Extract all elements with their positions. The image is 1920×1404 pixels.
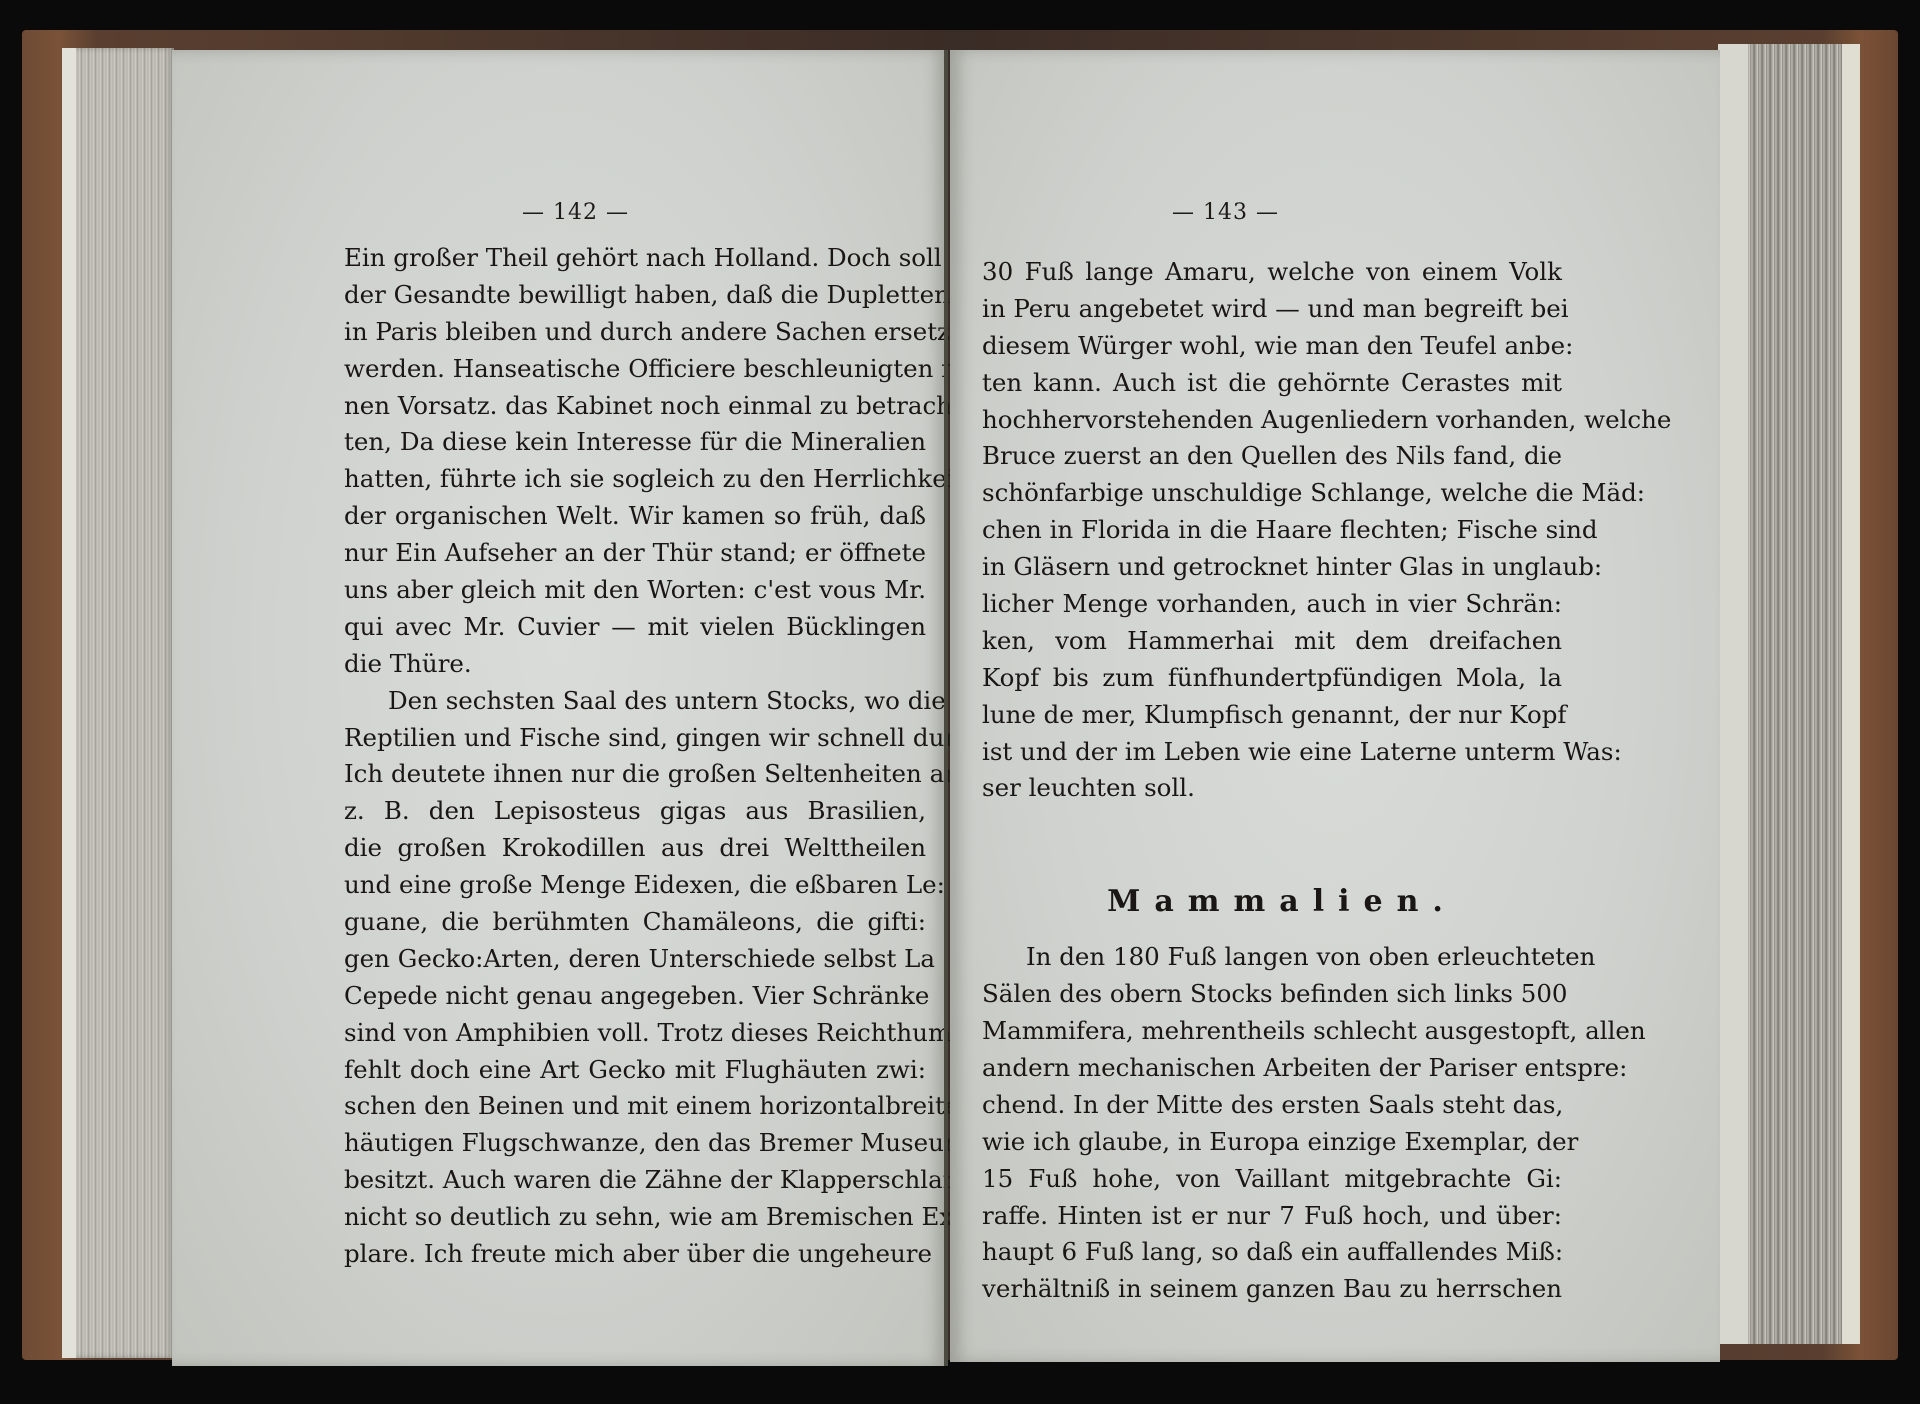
book-gutter [944,50,948,1366]
text-line: Ein großer Theil gehört nach Holland. Do… [344,240,926,277]
text-line: nen Vorsatz. das Kabinet noch einmal zu … [344,388,926,425]
text-line: gen Gecko:Arten, deren Unterschiede selb… [344,941,926,978]
text-line: schen den Beinen und mit einem horizonta… [344,1088,926,1125]
page-edge-inner [1718,44,1748,1344]
text-line: nicht so deutlich zu sehn, wie am Bremis… [344,1199,926,1236]
text-line: Cepede nicht genau angegeben. Vier Schrä… [344,978,926,1015]
left-page-stack-edge [62,48,174,1358]
text-line: chend. In der Mitte des ersten Saals ste… [982,1087,1562,1124]
page-number-143: — 143 — [1172,200,1279,225]
text-line: ken, vom Hammerhai mit dem dreifachen [982,623,1562,660]
text-line: Mammifera, mehrentheils schlecht ausgest… [982,1013,1562,1050]
text-line: nur Ein Aufseher an der Thür stand; er ö… [344,535,926,572]
text-line: Kopf bis zum fünfhundertpfündigen Mola, … [982,660,1562,697]
text-line: andern mechanischen Arbeiten der Pariser… [982,1050,1562,1087]
text-line: Den sechsten Saal des untern Stocks, wo … [344,683,926,720]
text-line: ser leuchten soll. [982,770,1562,807]
text-line: chen in Florida in die Haare flechten; F… [982,512,1562,549]
text-line: häutigen Flugschwanze, den das Bremer Mu… [344,1125,926,1162]
section-gap [982,807,1562,865]
text-line: ten, Da diese kein Interesse für die Min… [344,424,926,461]
text-line: Reptilien und Fische sind, gingen wir sc… [344,720,926,757]
text-line: ten kann. Auch ist die gehörnte Cerastes… [982,365,1562,402]
text-line: die großen Krokodillen aus drei Weltthei… [344,830,926,867]
right-page-body: 30 Fuß lange Amaru, welche von einem Vol… [982,254,1562,1308]
text-line: plare. Ich freute mich aber über die ung… [344,1236,926,1273]
text-line: 30 Fuß lange Amaru, welche von einem Vol… [982,254,1562,291]
text-line: Sälen des obern Stocks befinden sich lin… [982,976,1562,1013]
text-line: 15 Fuß hohe, von Vaillant mitgebrachte G… [982,1161,1562,1198]
text-line: hatten, führte ich sie sogleich zu den H… [344,461,926,498]
text-line: Ich deutete ihnen nur die großen Seltenh… [344,756,926,793]
text-line: die Thüre. [344,646,926,683]
section-heading: Mammalien. [982,865,1562,939]
text-line: fehlt doch eine Art Gecko mit Flughäuten… [344,1052,926,1089]
text-line: hochhervorstehenden Augenliedern vorhand… [982,402,1562,439]
text-line: besitzt. Auch waren die Zähne der Klappe… [344,1162,926,1199]
text-line: und eine große Menge Eidexen, die eßbare… [344,867,926,904]
text-line: ist und der im Leben wie eine Laterne un… [982,734,1562,771]
right-page-stack-edge [1718,44,1860,1344]
right-page: — 143 — 30 Fuß lange Amaru, welche von e… [950,50,1720,1362]
text-line: wie ich glaube, in Europa einzige Exempl… [982,1124,1562,1161]
text-line: qui avec Mr. Cuvier — mit vielen Bücklin… [344,609,926,646]
left-page-body: Ein großer Theil gehört nach Holland. Do… [344,240,926,1273]
text-line: schönfarbige unschuldige Schlange, welch… [982,475,1562,512]
text-line: uns aber gleich mit den Worten: c'est vo… [344,572,926,609]
text-line: z. B. den Lepisosteus gigas aus Brasilie… [344,793,926,830]
text-line: in Paris bleiben und durch andere Sachen… [344,314,926,351]
text-line: der Gesandte bewilligt haben, daß die Du… [344,277,926,314]
text-line: diesem Würger wohl, wie man den Teufel a… [982,328,1562,365]
flyleaf [62,48,76,1358]
text-line: in Gläsern und getrocknet hinter Glas in… [982,549,1562,586]
text-line: In den 180 Fuß langen von oben erleuchte… [982,939,1562,976]
page-edge-outer [1842,44,1860,1344]
text-line: lune de mer, Klumpfisch genannt, der nur… [982,697,1562,734]
text-line: sind von Amphibien voll. Trotz dieses Re… [344,1015,926,1052]
text-line: haupt 6 Fuß lang, so daß ein auffallende… [982,1234,1562,1271]
text-line: raffe. Hinten ist er nur 7 Fuß hoch, und… [982,1198,1562,1235]
text-line: guane, die berühmten Chamäleons, die gif… [344,904,926,941]
page-number-142: — 142 — [522,200,629,225]
text-line: der organischen Welt. Wir kamen so früh,… [344,498,926,535]
left-page: — 142 — Ein großer Theil gehört nach Hol… [172,50,947,1366]
text-line: werden. Hanseatische Officiere beschleun… [344,351,926,388]
text-line: licher Menge vorhanden, auch in vier Sch… [982,586,1562,623]
text-line: verhältniß in seinem ganzen Bau zu herrs… [982,1271,1562,1308]
text-line: Bruce zuerst an den Quellen des Nils fan… [982,438,1562,475]
text-line: in Peru angebetet wird — und man begreif… [982,291,1562,328]
